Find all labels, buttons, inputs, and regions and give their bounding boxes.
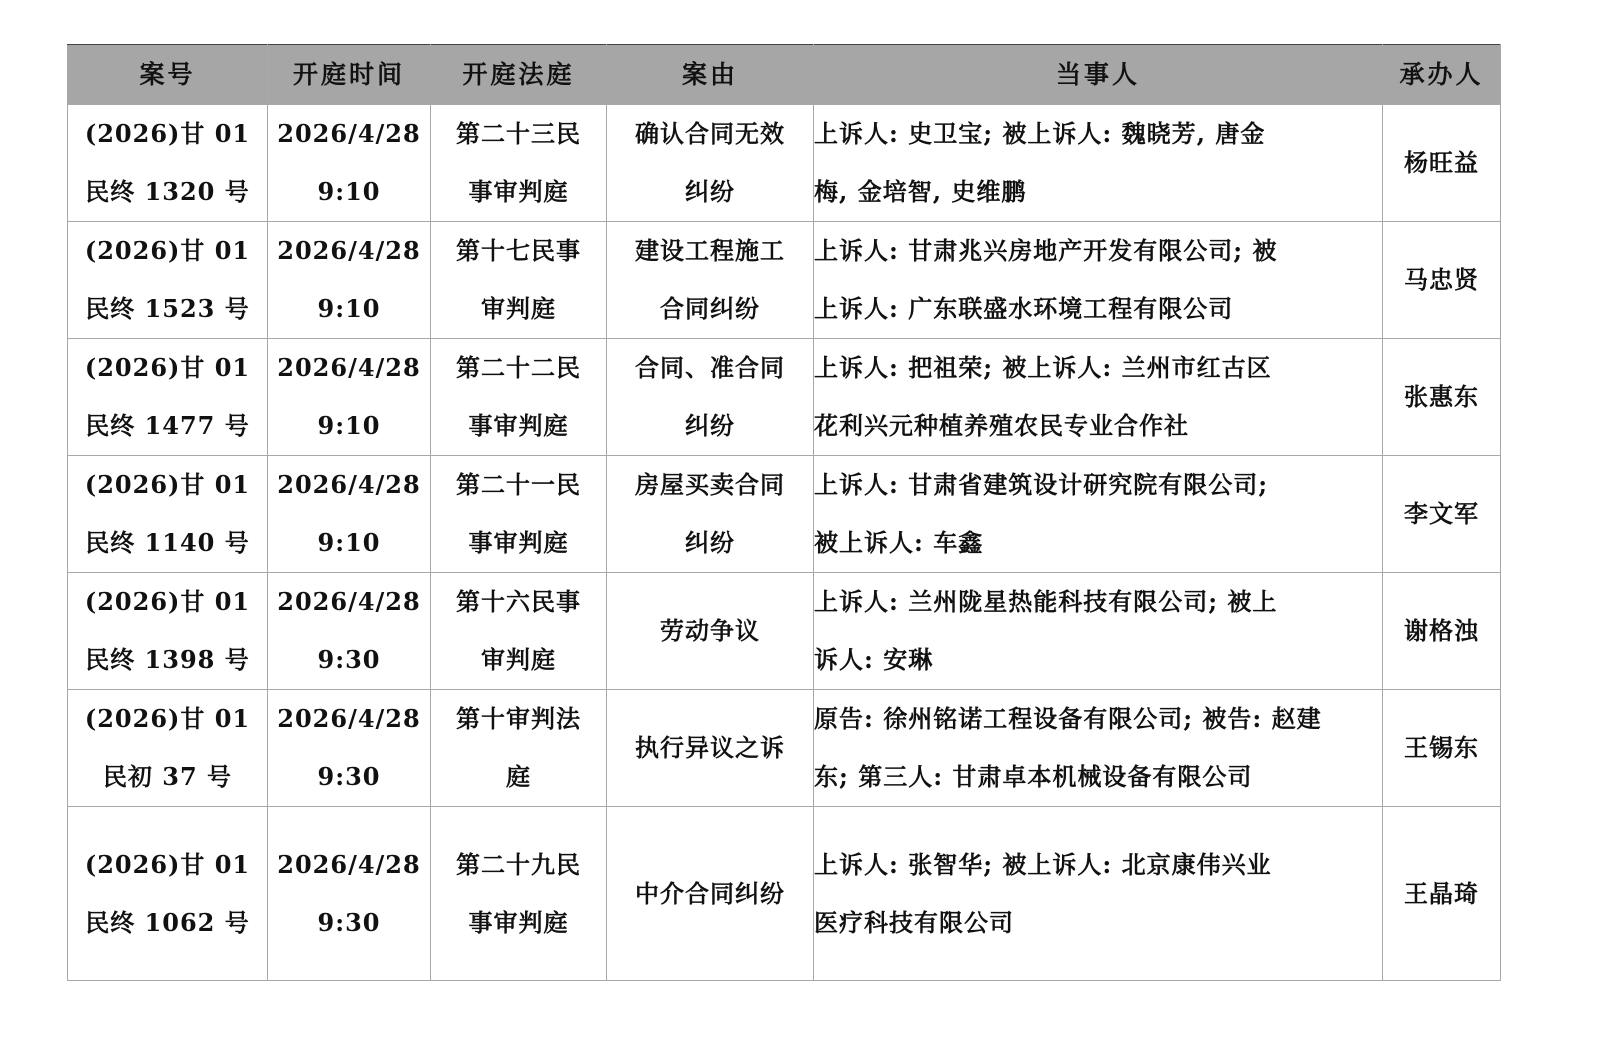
header-cause: 案由 (607, 45, 814, 105)
table-row: (2026)甘 01 民终 1062 号 2026/4/28 9:30 第二十九… (68, 807, 1501, 981)
cause-line: 劳动争议 (607, 602, 813, 660)
courtroom-cell: 第十六民事 审判庭 (431, 573, 607, 690)
judge-cell: 杨旺益 (1383, 105, 1501, 222)
cause-line: 确认合同无效 (607, 105, 813, 163)
hearing-clock-time: 9:10 (268, 163, 430, 221)
hearing-date: 2026/4/28 (268, 105, 430, 163)
header-judge: 承办人 (1383, 45, 1501, 105)
courtroom-cell: 第二十九民 事审判庭 (431, 807, 607, 981)
judge-cell: 谢格浊 (1383, 573, 1501, 690)
cause-cell: 中介合同纠纷 (607, 807, 814, 981)
courtroom-line: 审判庭 (431, 631, 606, 689)
parties-line: 上诉人: 张智华; 被上诉人: 北京康伟兴业 (814, 836, 1382, 894)
table-row: (2026)甘 01 民终 1320 号 2026/4/28 9:10 第二十三… (68, 105, 1501, 222)
courtroom-line: 第二十九民 (431, 836, 606, 894)
hearing-clock-time: 9:30 (268, 748, 430, 806)
cause-cell: 合同、准合同 纠纷 (607, 339, 814, 456)
hearing-time-cell: 2026/4/28 9:30 (268, 690, 431, 807)
courtroom-cell: 第十七民事 审判庭 (431, 222, 607, 339)
hearing-clock-time: 9:10 (268, 280, 430, 338)
cause-cell: 执行异议之诉 (607, 690, 814, 807)
hearing-date: 2026/4/28 (268, 339, 430, 397)
judge-cell: 王晶琦 (1383, 807, 1501, 981)
parties-cell: 上诉人: 张智华; 被上诉人: 北京康伟兴业 医疗科技有限公司 (814, 807, 1383, 981)
cause-line: 纠纷 (607, 514, 813, 572)
case-number-line: 民初 37 号 (68, 748, 267, 806)
parties-line: 上诉人: 甘肃兆兴房地产开发有限公司; 被 (814, 222, 1382, 280)
courtroom-line: 庭 (431, 748, 606, 806)
parties-line: 原告: 徐州铭诺工程设备有限公司; 被告: 赵建 (814, 690, 1382, 748)
hearing-clock-time: 9:10 (268, 397, 430, 455)
hearing-time-cell: 2026/4/28 9:10 (268, 222, 431, 339)
judge-cell: 李文军 (1383, 456, 1501, 573)
courtroom-cell: 第二十三民 事审判庭 (431, 105, 607, 222)
hearing-date: 2026/4/28 (268, 573, 430, 631)
case-number-line: (2026)甘 01 (68, 573, 267, 631)
judge-cell: 王锡东 (1383, 690, 1501, 807)
courtroom-line: 事审判庭 (431, 397, 606, 455)
hearing-date: 2026/4/28 (268, 222, 430, 280)
case-number-line: (2026)甘 01 (68, 105, 267, 163)
courtroom-line: 事审判庭 (431, 163, 606, 221)
case-number-line: (2026)甘 01 (68, 456, 267, 514)
case-number-cell: (2026)甘 01 民终 1398 号 (68, 573, 268, 690)
case-number-line: (2026)甘 01 (68, 836, 267, 894)
header-hearing-time: 开庭时间 (268, 45, 431, 105)
case-number-line: (2026)甘 01 (68, 339, 267, 397)
courtroom-line: 事审判庭 (431, 514, 606, 572)
header-case-number: 案号 (68, 45, 268, 105)
parties-line: 上诉人: 兰州陇星热能科技有限公司; 被上 (814, 573, 1382, 631)
parties-line: 上诉人: 甘肃省建筑设计研究院有限公司; (814, 456, 1382, 514)
parties-line: 被上诉人: 车鑫 (814, 514, 1382, 572)
case-number-line: 民终 1477 号 (68, 397, 267, 455)
header-courtroom: 开庭法庭 (431, 45, 607, 105)
cause-line: 房屋买卖合同 (607, 456, 813, 514)
hearing-time-cell: 2026/4/28 9:30 (268, 573, 431, 690)
parties-line: 医疗科技有限公司 (814, 894, 1382, 952)
parties-line: 梅, 金培智, 史维鹏 (814, 163, 1382, 221)
case-number-cell: (2026)甘 01 民终 1320 号 (68, 105, 268, 222)
hearing-clock-time: 9:30 (268, 631, 430, 689)
courtroom-line: 第二十二民 (431, 339, 606, 397)
hearing-date: 2026/4/28 (268, 690, 430, 748)
case-number-line: (2026)甘 01 (68, 222, 267, 280)
parties-cell: 上诉人: 甘肃兆兴房地产开发有限公司; 被 上诉人: 广东联盛水环境工程有限公司 (814, 222, 1383, 339)
table-row: (2026)甘 01 民终 1523 号 2026/4/28 9:10 第十七民… (68, 222, 1501, 339)
table-row: (2026)甘 01 民初 37 号 2026/4/28 9:30 第十审判法 … (68, 690, 1501, 807)
courtroom-line: 第十七民事 (431, 222, 606, 280)
hearing-time-cell: 2026/4/28 9:10 (268, 339, 431, 456)
case-number-cell: (2026)甘 01 民终 1140 号 (68, 456, 268, 573)
case-number-cell: (2026)甘 01 民终 1523 号 (68, 222, 268, 339)
parties-cell: 上诉人: 把祖荣; 被上诉人: 兰州市红古区 花利兴元种植养殖农民专业合作社 (814, 339, 1383, 456)
case-number-line: 民终 1523 号 (68, 280, 267, 338)
cause-line: 合同、准合同 (607, 339, 813, 397)
cause-cell: 劳动争议 (607, 573, 814, 690)
case-number-cell: (2026)甘 01 民初 37 号 (68, 690, 268, 807)
parties-line: 花利兴元种植养殖农民专业合作社 (814, 397, 1382, 455)
judge-cell: 张惠东 (1383, 339, 1501, 456)
cause-line: 纠纷 (607, 163, 813, 221)
parties-cell: 上诉人: 史卫宝; 被上诉人: 魏晓芳, 唐金 梅, 金培智, 史维鹏 (814, 105, 1383, 222)
parties-line: 上诉人: 把祖荣; 被上诉人: 兰州市红古区 (814, 339, 1382, 397)
table-row: (2026)甘 01 民终 1477 号 2026/4/28 9:10 第二十二… (68, 339, 1501, 456)
hearing-time-cell: 2026/4/28 9:30 (268, 807, 431, 981)
parties-cell: 上诉人: 兰州陇星热能科技有限公司; 被上 诉人: 安琳 (814, 573, 1383, 690)
courtroom-line: 审判庭 (431, 280, 606, 338)
hearing-schedule-table: 案号 开庭时间 开庭法庭 案由 当事人 承办人 (2026)甘 01 民终 13… (67, 44, 1501, 981)
table-row: (2026)甘 01 民终 1398 号 2026/4/28 9:30 第十六民… (68, 573, 1501, 690)
court-schedule-sheet: 案号 开庭时间 开庭法庭 案由 当事人 承办人 (2026)甘 01 民终 13… (67, 44, 1501, 981)
case-number-cell: (2026)甘 01 民终 1062 号 (68, 807, 268, 981)
judge-cell: 马忠贤 (1383, 222, 1501, 339)
parties-cell: 原告: 徐州铭诺工程设备有限公司; 被告: 赵建 东; 第三人: 甘肃卓本机械设… (814, 690, 1383, 807)
courtroom-line: 第十六民事 (431, 573, 606, 631)
case-number-line: 民终 1140 号 (68, 514, 267, 572)
cause-line: 执行异议之诉 (607, 719, 813, 777)
parties-line: 东; 第三人: 甘肃卓本机械设备有限公司 (814, 748, 1382, 806)
courtroom-line: 第十审判法 (431, 690, 606, 748)
hearing-date: 2026/4/28 (268, 836, 430, 894)
courtroom-line: 事审判庭 (431, 894, 606, 952)
cause-cell: 房屋买卖合同 纠纷 (607, 456, 814, 573)
cause-cell: 确认合同无效 纠纷 (607, 105, 814, 222)
hearing-clock-time: 9:30 (268, 894, 430, 952)
hearing-time-cell: 2026/4/28 9:10 (268, 105, 431, 222)
hearing-clock-time: 9:10 (268, 514, 430, 572)
courtroom-line: 第二十三民 (431, 105, 606, 163)
case-number-cell: (2026)甘 01 民终 1477 号 (68, 339, 268, 456)
cause-line: 建设工程施工 (607, 222, 813, 280)
case-number-line: 民终 1398 号 (68, 631, 267, 689)
case-number-line: 民终 1062 号 (68, 894, 267, 952)
case-number-line: 民终 1320 号 (68, 163, 267, 221)
cause-line: 中介合同纠纷 (607, 865, 813, 923)
header-parties: 当事人 (814, 45, 1383, 105)
courtroom-cell: 第二十一民 事审判庭 (431, 456, 607, 573)
table-row: (2026)甘 01 民终 1140 号 2026/4/28 9:10 第二十一… (68, 456, 1501, 573)
courtroom-cell: 第十审判法 庭 (431, 690, 607, 807)
case-number-line: (2026)甘 01 (68, 690, 267, 748)
courtroom-line: 第二十一民 (431, 456, 606, 514)
hearing-time-cell: 2026/4/28 9:10 (268, 456, 431, 573)
parties-line: 诉人: 安琳 (814, 631, 1382, 689)
parties-line: 上诉人: 史卫宝; 被上诉人: 魏晓芳, 唐金 (814, 105, 1382, 163)
courtroom-cell: 第二十二民 事审判庭 (431, 339, 607, 456)
cause-line: 纠纷 (607, 397, 813, 455)
cause-cell: 建设工程施工 合同纠纷 (607, 222, 814, 339)
parties-cell: 上诉人: 甘肃省建筑设计研究院有限公司; 被上诉人: 车鑫 (814, 456, 1383, 573)
hearing-date: 2026/4/28 (268, 456, 430, 514)
header-row: 案号 开庭时间 开庭法庭 案由 当事人 承办人 (68, 45, 1501, 105)
cause-line: 合同纠纷 (607, 280, 813, 338)
parties-line: 上诉人: 广东联盛水环境工程有限公司 (814, 280, 1382, 338)
